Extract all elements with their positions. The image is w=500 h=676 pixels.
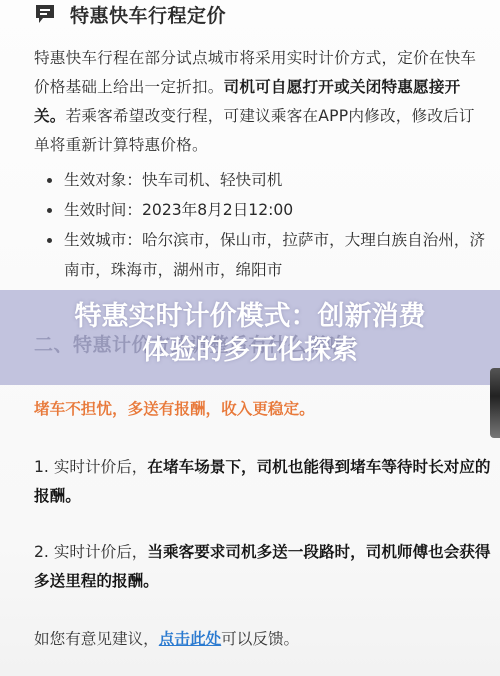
intro-text-2: 若乘客希望改变行程，可建议乘客在APP内修改，修改后订单将重新计算特惠价格。 (34, 107, 475, 154)
message-icon (34, 3, 56, 25)
highlight-text: 堵车不担忧，多送有报酬，收入更稳定。 (34, 397, 315, 419)
point-1: 1. 实时计价后，在堵车场景下，司机也能得到堵车等待时长对应的报酬。 (34, 453, 494, 511)
banner-title: 特惠实时计价模式：创新消费 体验的多元化探索 (0, 300, 500, 368)
effect-list: 生效对象：快车司机、轻快司机 生效时间：2023年8月2日12:00 生效城市：… (44, 165, 494, 285)
section-title: 特惠快车行程定价 (70, 1, 226, 28)
feedback-link[interactable]: 点击此处 (159, 630, 221, 648)
article-page: 特惠快车行程定价 特惠快车行程在部分试点城市将采用实时计价方式，定价在快车价格基… (0, 0, 500, 676)
intro-paragraph: 特惠快车行程在部分试点城市将采用实时计价方式，定价在快车价格基础上给出一定折扣。… (34, 44, 490, 160)
edge-decoration (490, 368, 500, 438)
list-item: 生效对象：快车司机、轻快司机 (44, 165, 494, 195)
list-item: 生效时间：2023年8月2日12:00 (44, 195, 494, 225)
point-2: 2. 实时计价后，当乘客要求司机多送一段路时，司机师傅也会获得多送里程的报酬。 (34, 538, 494, 596)
section-header: 特惠快车行程定价 (34, 2, 226, 26)
feedback-line: 如您有意见建议，点击此处可以反馈。 (34, 627, 299, 649)
list-item: 生效城市：哈尔滨市，保山市，拉萨市，大理白族自治州，济南市，珠海市，湖州市，绵阳… (44, 225, 494, 285)
